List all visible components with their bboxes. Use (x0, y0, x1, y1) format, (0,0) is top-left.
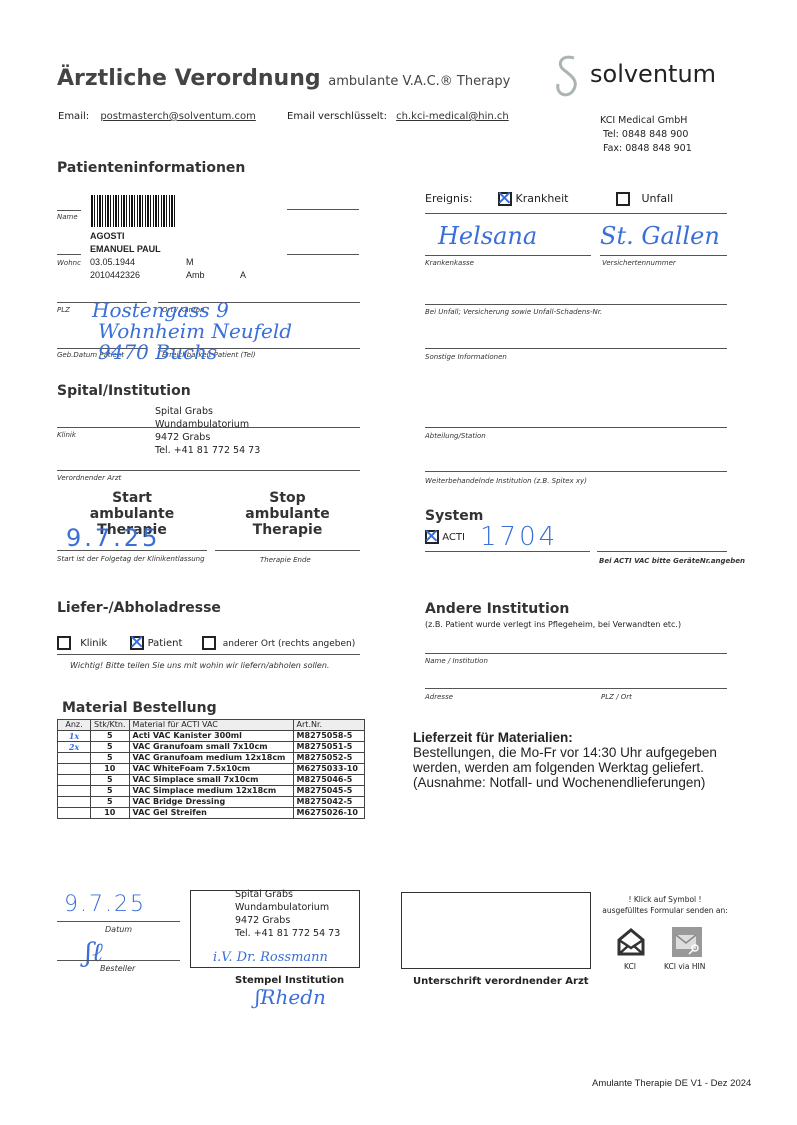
cell-stk: 5 (91, 786, 130, 797)
footer-stamp: Spital Grabs Wundambulatorium 9472 Grabs… (235, 888, 340, 940)
cell-anz[interactable] (58, 764, 91, 775)
sonstige-label: Sonstige Informationen (425, 353, 507, 361)
system-note: Bei ACTI VAC bitte GeräteNr.angeben (599, 557, 745, 565)
anderer-ort-label: anderer Ort (rechts angeben) (223, 639, 355, 649)
email-enc-label: Email verschlüsselt: (287, 111, 387, 122)
lieferzeit-info: Lieferzeit für Materialien: Bestellungen… (413, 730, 717, 790)
other-plz-label: PLZ / Ort (601, 693, 632, 701)
cell-anz[interactable] (58, 797, 91, 808)
patient-sticker: AGOSTI EMANUEL PAUL 03.05.1944M 20104423… (90, 230, 161, 282)
lieferzeit-title: Lieferzeit für Materialien: (413, 730, 717, 745)
krankenkasse-value: Helsana (438, 222, 537, 250)
cell-stk: 5 (91, 742, 130, 753)
footer-stamp-line: 9472 Grabs (235, 914, 340, 927)
col-anz: Anz. (58, 720, 91, 731)
cell-art: M8275045-5 (293, 786, 364, 797)
hand-address-3: 9470 Buchs (98, 342, 292, 363)
cell-stk: 5 (91, 731, 130, 742)
cell-name: VAC Granufoam medium 12x18cm (129, 753, 293, 764)
plz-label: PLZ (57, 306, 70, 314)
lieferzeit-line2: werden, werden am folgenden Werktag geli… (413, 760, 717, 775)
patient-option-label: Patient (148, 638, 183, 649)
stamp-line: 9472 Grabs (155, 431, 260, 444)
event-label: Ereignis: (425, 192, 473, 205)
brand-name: solventum (590, 60, 716, 88)
send-info: ! Klick auf Symbol ! ausgefülltes Formul… (600, 894, 730, 916)
table-row: 5VAC Bridge DressingM8275042-5 (58, 797, 365, 808)
delivery-heading: Liefer-/Abholadresse (57, 600, 221, 616)
datum-label: Datum (105, 925, 132, 934)
cell-art: M8275052-5 (293, 753, 364, 764)
cell-stk: 5 (91, 775, 130, 786)
patient-type: Amb (186, 269, 205, 282)
material-table: Anz. Stk/Ktn. Material für ACTI VAC Art.… (57, 719, 365, 819)
col-artnr: Art.Nr. (293, 720, 364, 731)
stamp-line: Spital Grabs (155, 405, 260, 418)
datum-value[interactable]: 9.7.25 (64, 892, 146, 917)
wohn-label: Wohnc (57, 259, 81, 267)
start-note: Start ist der Folgetag der Klinikentlass… (57, 555, 205, 563)
system-row: ACTI (425, 530, 465, 544)
abteilung-label: Abteilung/Station (425, 432, 486, 440)
company-name: KCI Medical GmbH (600, 114, 692, 128)
table-row: 1x5Acti VAC Kanister 300mlM8275058-5 (58, 731, 365, 742)
cell-art: M8275051-5 (293, 742, 364, 753)
signature-label: Unterschrift verordnender Arzt (413, 976, 589, 987)
solventum-logo-icon (552, 54, 584, 98)
other-name-label: Name / Institution (425, 657, 488, 665)
name-label: Name (57, 213, 78, 221)
delivery-note: Wichtig! Bitte teilen Sie uns mit wohin … (70, 661, 329, 670)
delivery-options: Klinik Patient anderer Ort (rechts angeb… (57, 636, 355, 650)
cell-name: VAC Bridge Dressing (129, 797, 293, 808)
email-row: Email: postmasterch@solventum.com Email … (58, 111, 509, 122)
signature-box[interactable] (401, 892, 591, 969)
send-hin-label: KCI via HIN (664, 962, 705, 971)
arzt-label: Verordnender Arzt (57, 474, 121, 482)
other-institution-sub: (z.B. Patient wurde verlegt ins Pflegehe… (425, 620, 681, 629)
subtitle-text: ambulante V.A.C.® Therapy (328, 74, 510, 89)
other-adresse-label: Adresse (425, 693, 453, 701)
patient-heading: Patienteninformationen (57, 160, 245, 176)
unfall-info-label: Bei Unfall; Versicherung sowie Unfall-Sc… (425, 308, 602, 316)
table-row: 5VAC Simplace small 7x10cmM8275046-5 (58, 775, 365, 786)
email-enc-link[interactable]: ch.kci-medical@hin.ch (396, 111, 509, 122)
weiter-label: Weiterbehandelnde Institution (z.B. Spit… (425, 477, 587, 485)
patient-class: A (240, 269, 246, 282)
acti-label: ACTI (442, 532, 465, 543)
patient-sex: M (186, 256, 194, 269)
table-row: 10VAC Gel StreifenM6275026-10 (58, 808, 365, 819)
cell-stk: 10 (91, 808, 130, 819)
checkbox-acti[interactable] (425, 530, 439, 544)
lieferzeit-line3: (Ausnahme: Notfall- und Wochenendlieferu… (413, 775, 717, 790)
company-tel: Tel: 0848 848 900 (600, 128, 692, 142)
cell-art: M8275046-5 (293, 775, 364, 786)
cell-stk: 10 (91, 764, 130, 775)
material-heading: Material Bestellung (62, 700, 217, 716)
cell-anz[interactable]: 2x (58, 742, 91, 753)
checkbox-klinik[interactable] (57, 636, 71, 650)
patient-dob: 03.05.1944 (90, 257, 135, 267)
stamp-line: Tel. +41 81 772 54 73 (155, 444, 260, 457)
klinik-label: Klinik (57, 431, 76, 439)
envelope-key-icon (672, 927, 702, 957)
unfall-label: Unfall (641, 192, 673, 205)
email-link[interactable]: postmasterch@solventum.com (100, 111, 256, 122)
footer-stamp-line: Spital Grabs (235, 888, 340, 901)
title-text: Ärztliche Verordnung (57, 66, 321, 91)
checkbox-krankheit[interactable] (498, 192, 512, 206)
footer-stamp-line: Tel. +41 81 772 54 73 (235, 927, 340, 940)
table-row: 5VAC Granufoam medium 12x18cmM8275052-5 (58, 753, 365, 764)
cell-name: VAC Simplace medium 12x18cm (129, 786, 293, 797)
cell-name: VAC Granufoam small 7x10cm (129, 742, 293, 753)
stamp-handwriting: i.V. Dr. Rossmann (213, 950, 328, 965)
table-row: 5VAC Simplace medium 12x18cmM8275045-5 (58, 786, 365, 797)
cell-art: M6275026-10 (293, 808, 364, 819)
send-sub: ausgefülltes Formular senden an: (600, 905, 730, 916)
table-row: 2x5VAC Granufoam small 7x10cmM8275051-5 (58, 742, 365, 753)
col-stk: Stk/Ktn. (91, 720, 130, 731)
patient-last-name: AGOSTI (90, 230, 161, 243)
cell-name: VAC WhiteFoam 7.5x10cm (129, 764, 293, 775)
send-kci-label: KCI (624, 962, 636, 971)
system-heading: System (425, 508, 483, 524)
barcode (91, 195, 177, 227)
checkbox-patient[interactable] (130, 636, 144, 650)
cell-anz[interactable]: 1x (58, 731, 91, 742)
cell-art: M8275042-5 (293, 797, 364, 808)
send-kci-button[interactable] (617, 928, 645, 956)
stop-title-1: Stop (215, 490, 360, 506)
cell-stk: 5 (91, 797, 130, 808)
envelope-open-icon (617, 928, 645, 956)
start-date-value[interactable]: 9.7.25 (66, 524, 160, 552)
doctor-signature-scribble: ʃRhedn (255, 985, 326, 1009)
checkbox-anderer-ort[interactable] (202, 636, 216, 650)
footer-stamp-line: Wundambulatorium (235, 901, 340, 914)
hand-address-2: Wohnheim Neufeld (98, 321, 292, 342)
klinik-option-label: Klinik (80, 638, 107, 649)
stop-note: Therapie Ende (260, 556, 311, 564)
form-title: Ärztliche Verordnung ambulante V.A.C.® T… (57, 66, 510, 91)
cell-name: Acti VAC Kanister 300ml (129, 731, 293, 742)
cell-anz[interactable] (58, 753, 91, 764)
versnr-value: St. Gallen (600, 222, 720, 250)
patient-number: 2010442326 (90, 270, 140, 280)
cell-name: VAC Gel Streifen (129, 808, 293, 819)
company-fax: Fax: 0848 848 901 (600, 142, 692, 156)
stop-title-2: ambulante Therapie (215, 506, 360, 538)
send-title: ! Klick auf Symbol ! (600, 894, 730, 905)
lieferzeit-line1: Bestellungen, die Mo-Fr vor 14:30 Uhr au… (413, 745, 717, 760)
cell-anz[interactable] (58, 775, 91, 786)
institution-heading: Spital/Institution (57, 383, 191, 399)
stamp-line: Wundambulatorium (155, 418, 260, 431)
cell-name: VAC Simplace small 7x10cm (129, 775, 293, 786)
device-number-value[interactable]: 1704 (480, 522, 558, 552)
krankheit-label: Krankheit (516, 192, 569, 205)
company-info: KCI Medical GmbH Tel: 0848 848 900 Fax: … (600, 114, 692, 156)
patient-first-name: EMANUEL PAUL (90, 243, 161, 256)
besteller-label: Besteller (100, 964, 135, 973)
event-row: Ereignis: Krankheit Unfall (425, 192, 673, 206)
versnr-label: Versichertennummer (602, 259, 676, 267)
send-hin-button[interactable] (672, 927, 702, 957)
other-institution-heading: Andere Institution (425, 601, 569, 617)
hand-address-1: Hostengass 9 (92, 300, 292, 321)
start-title-1: Start (57, 490, 207, 506)
cell-anz[interactable] (58, 808, 91, 819)
handwritten-address: Hostengass 9 Wohnheim Neufeld 9470 Buchs (92, 300, 292, 363)
institution-stamp: Spital Grabs Wundambulatorium 9472 Grabs… (155, 405, 260, 457)
krankenkasse-label: Krankenkasse (425, 259, 474, 267)
email-label: Email: (58, 111, 89, 122)
stop-title: Stop ambulante Therapie (215, 490, 360, 538)
cell-art: M6275033-10 (293, 764, 364, 775)
checkbox-unfall[interactable] (616, 192, 630, 206)
col-material: Material für ACTI VAC (129, 720, 293, 731)
version-label: Amulante Therapie DE V1 - Dez 2024 (592, 1078, 751, 1089)
cell-anz[interactable] (58, 786, 91, 797)
cell-stk: 5 (91, 753, 130, 764)
cell-art: M8275058-5 (293, 731, 364, 742)
table-row: 10VAC WhiteFoam 7.5x10cmM6275033-10 (58, 764, 365, 775)
